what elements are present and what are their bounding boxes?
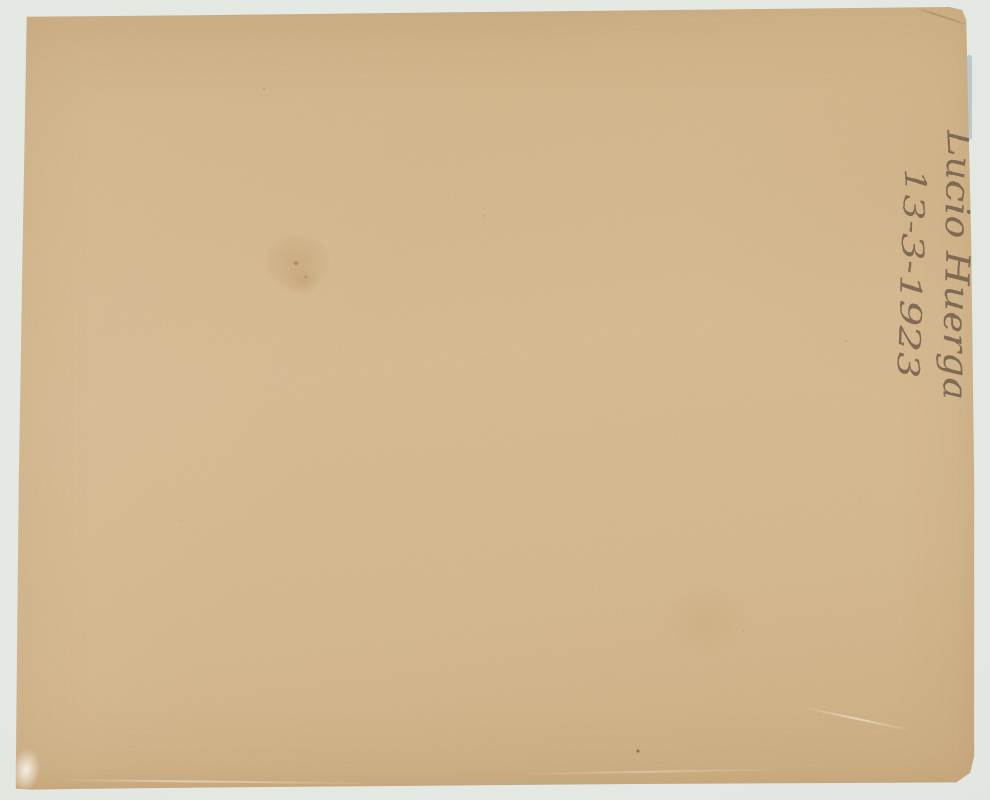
inscription-date-line: 13-3-1923 <box>890 168 932 379</box>
crease-line <box>916 7 972 26</box>
crease-line <box>58 779 378 784</box>
paper-grain-texture <box>0 0 990 800</box>
scan-background: Lucio Huerga 13-3-1923 <box>0 0 990 800</box>
handwritten-inscription: Lucio Huerga 13-3-1923 <box>0 0 990 800</box>
crease-line <box>806 707 910 731</box>
photo-verso-paper: Lucio Huerga 13-3-1923 <box>0 0 990 800</box>
inscription-name-line: Lucio Huerga <box>934 129 979 401</box>
worn-corner-damage <box>9 746 43 793</box>
crease-line <box>520 768 780 774</box>
paper-specks <box>0 0 2 2</box>
